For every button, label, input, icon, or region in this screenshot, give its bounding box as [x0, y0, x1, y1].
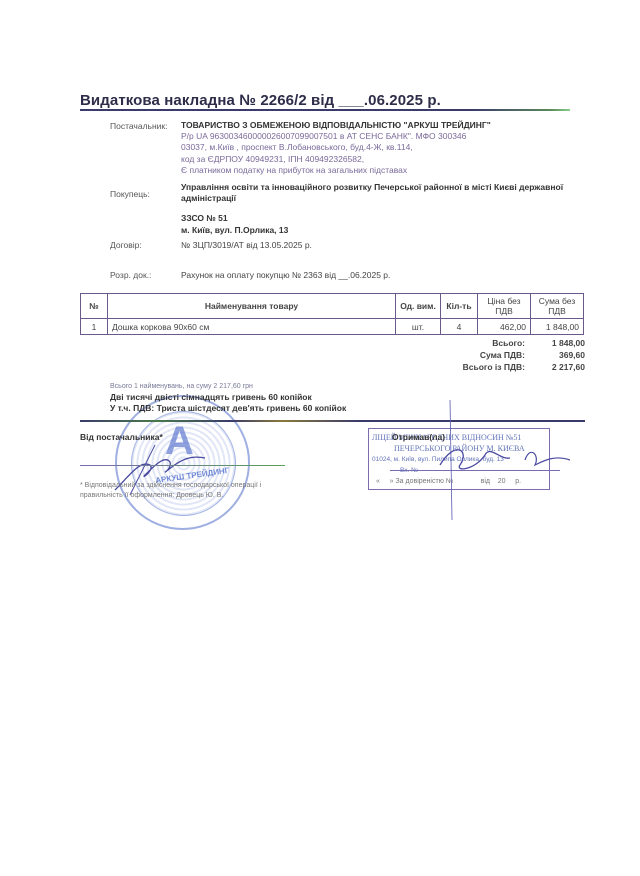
col-qty: Кіл-ть	[441, 294, 478, 319]
total-value: 1 848,00	[530, 338, 585, 350]
grand-total-value: 2 217,60	[530, 362, 585, 374]
responsible-footnote: * Відповідальний за здійснення господарс…	[80, 481, 261, 501]
supplier-name: ТОВАРИСТВО З ОБМЕЖЕНОЮ ВІДПОВІДАЛЬНІСТЮ …	[181, 120, 581, 131]
items-table: № Найменування товару Од. вим. Кіл-ть Ці…	[80, 293, 584, 335]
table-header-row: № Найменування товару Од. вим. Кіл-ть Ці…	[81, 294, 584, 319]
supplier-address: 03037, м.Київ , проспект В.Лобановського…	[181, 142, 581, 153]
contract-label: Договір:	[110, 240, 142, 250]
summary-vat-words-line: У т.ч. ПДВ: Триста шістдесят дев'ять гри…	[110, 403, 346, 414]
supplier-details: ТОВАРИСТВО З ОБМЕЖЕНОЮ ВІДПОВІДАЛЬНІСТЮ …	[181, 120, 581, 176]
footnote-line1: * Відповідальний за здійснення господарс…	[80, 481, 261, 491]
title-divider	[80, 109, 570, 111]
cell-sum: 1 848,00	[531, 319, 584, 335]
vat-value: 369,60	[530, 350, 585, 362]
cell-qty: 4	[441, 319, 478, 335]
payment-doc-value: Рахунок на оплату покупцю № 2363 від __.…	[181, 270, 390, 281]
buyer-school: ЗЗСО № 51	[181, 213, 591, 224]
col-unit: Од. вим.	[396, 294, 441, 319]
col-num: №	[81, 294, 108, 319]
table-row: 1 Дошка коркова 90x60 см шт. 4 462,00 1 …	[81, 319, 584, 335]
payment-doc-label: Розр. док.:	[110, 270, 151, 280]
supplier-codes: код за ЄДРПОУ 40949231, ІПН 409492326582…	[181, 154, 581, 165]
supplier-tax-status: Є платником податку на прибуток на загал…	[181, 165, 581, 176]
summary-count-line: Всього 1 найменувань, на суму 2 217,60 г…	[110, 382, 346, 392]
supplier-label: Постачальник:	[110, 121, 168, 131]
total-label: Всього:	[440, 338, 525, 350]
summary-words-line: Дві тисячі двісті сімнадцять гривень 60 …	[110, 392, 346, 403]
col-sum-line2: ПДВ	[535, 306, 579, 316]
grand-total-label: Всього із ПДВ:	[440, 362, 525, 374]
buyer-name-line2: адміністрації	[181, 193, 591, 204]
vat-label: Сума ПДВ:	[440, 350, 525, 362]
col-price-line2: ПДВ	[482, 306, 526, 316]
buyer-label: Покупець:	[110, 189, 150, 199]
summary-block: Всього 1 найменувань, на суму 2 217,60 г…	[110, 382, 346, 414]
col-sum: Сума без ПДВ	[531, 294, 584, 319]
col-name: Найменування товару	[108, 294, 396, 319]
col-price: Ціна без ПДВ	[478, 294, 531, 319]
receiver-signature	[430, 400, 580, 520]
contract-value: № ЗЦП/3019/АТ від 13.05.2025 р.	[181, 240, 312, 251]
buyer-details: Управління освіти та інноваційного розви…	[181, 182, 591, 236]
buyer-name-line1: Управління освіти та інноваційного розви…	[181, 182, 591, 193]
cell-price: 462,00	[478, 319, 531, 335]
cell-num: 1	[81, 319, 108, 335]
document-title: Видаткова накладна № 2266/2 від ___.06.2…	[80, 92, 441, 109]
totals-block: Всього:1 848,00 Сума ПДВ:369,60 Всього і…	[440, 338, 585, 374]
supplier-account: Р/р UA 963003460000026007099007501 в АТ …	[181, 131, 581, 142]
col-price-line1: Ціна без	[482, 296, 526, 306]
cell-unit: шт.	[396, 319, 441, 335]
cell-name: Дошка коркова 90x60 см	[108, 319, 396, 335]
buyer-address: м. Київ, вул. П.Орлика, 13	[181, 225, 591, 236]
supplier-signature-line	[80, 465, 285, 466]
col-sum-line1: Сума без	[535, 296, 579, 306]
footnote-line2: правильність її оформлення: Дровець Ю. В…	[80, 491, 261, 501]
